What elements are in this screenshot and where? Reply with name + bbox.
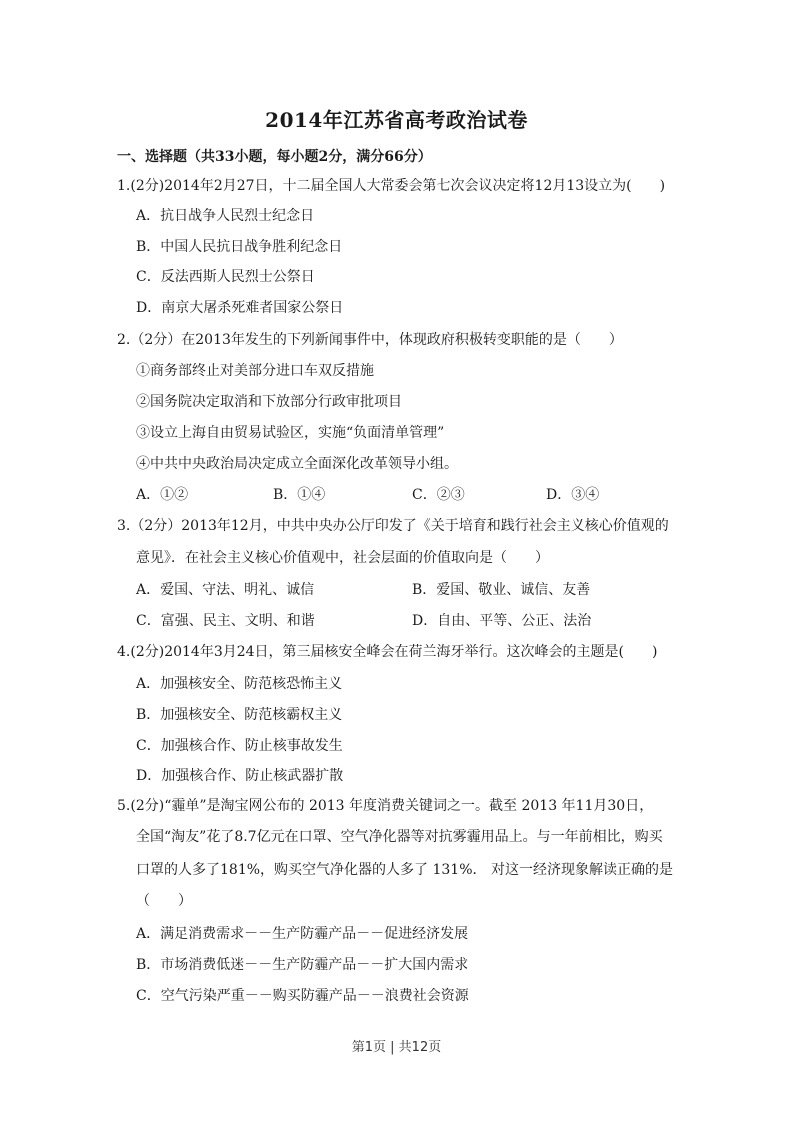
question-2-option-c: C．②③ [412,486,465,504]
question-2-item-1: ①商务部终止对美部分进口车双反措施 [136,362,374,380]
question-2-stem: 2.（2分）在2013年发生的下列新闻事件中，体现政府积极转变职能的是（ ） [117,331,623,349]
question-4-stem: 4.(2分)2014年3月24日，第三届核安全峰会在荷兰海牙举行。这次峰会的主题… [117,643,657,661]
question-3-stem-line-2: 意见》．在社会主义核心价值观中，社会层面的价值取向是（ ） [136,549,549,567]
question-3-option-a: A．爱国、守法、明礼、诚信 [136,581,314,599]
page-footer: 第1页 | 共12页 [0,1036,793,1055]
question-1-stem: 1.(2分)2014年2月27日，十二届全国人大常委会第七次会议决定将12月13… [117,177,665,195]
question-5-stem-line-2: 全国“淘友”花了8.7亿元在口罩、空气净化器等对抗雾霾用品上。与一年前相比，购买 [136,828,663,846]
question-3-option-c: C．富强、民主、文明、和谐 [136,612,315,630]
question-3-stem-line-1: 3.（2分）2013年12月，中共中央办公厅印发了《关于培育和践行社会主义核心价… [117,517,669,535]
question-2-option-b: B．①④ [273,486,325,504]
question-2-option-a: A．①② [136,486,188,504]
question-4-option-a: A．加强核安全、防范核恐怖主义 [136,675,342,693]
question-3-option-d: D．自由、平等、公正、法治 [412,612,591,630]
question-4-option-b: B．加强核安全、防范核霸权主义 [136,706,342,724]
question-4-option-d: D．加强核合作、防止核武器扩散 [136,767,343,785]
question-5-option-c: C．空气污染严重－－购买防霾产品－－浪费社会资源 [136,987,469,1005]
exam-page: 2014年江苏省高考政治试卷 一、选择题（共33小题，每小题2分，满分66分） … [0,0,793,1122]
document-title: 2014年江苏省高考政治试卷 [0,104,793,133]
question-1-option-d: D．南京大屠杀死难者国家公祭日 [136,299,343,317]
question-2-option-d: D．③④ [546,486,599,504]
section-heading: 一、选择题（共33小题，每小题2分，满分66分） [117,146,432,166]
question-5-option-b: B．市场消费低迷－－生产防霾产品－－扩大国内需求 [136,956,468,974]
question-5-stem-line-1: 5.(2分)“霾单”是淘宝网公布的 2013 年度消费关键词之一。截至 2013… [117,797,653,815]
question-2-item-3: ③设立上海自由贸易试验区，实施“负面清单管理” [136,424,444,442]
question-2-item-2: ②国务院决定取消和下放部分行政审批项目 [136,393,402,411]
question-1-option-c: C．反法西斯人民烈士公祭日 [136,268,315,286]
question-2-item-4: ④中共中央政治局决定成立全面深化改革领导小组。 [136,455,458,473]
question-5-stem-line-4: （ ） [136,892,192,910]
question-1-option-b: B．中国人民抗日战争胜利纪念日 [136,238,342,256]
question-3-option-b: B．爱国、敬业、诚信、友善 [412,581,590,599]
question-4-option-c: C．加强核合作、防止核事故发生 [136,737,343,755]
question-5-stem-line-3: 口罩的人多了181%，购买空气净化器的人多了 131%． 对这一经济现象解读正确… [136,861,673,879]
question-5-option-a: A．满足消费需求－－生产防霾产品－－促进经济发展 [136,925,468,943]
question-1-option-a: A．抗日战争人民烈士纪念日 [136,207,314,225]
